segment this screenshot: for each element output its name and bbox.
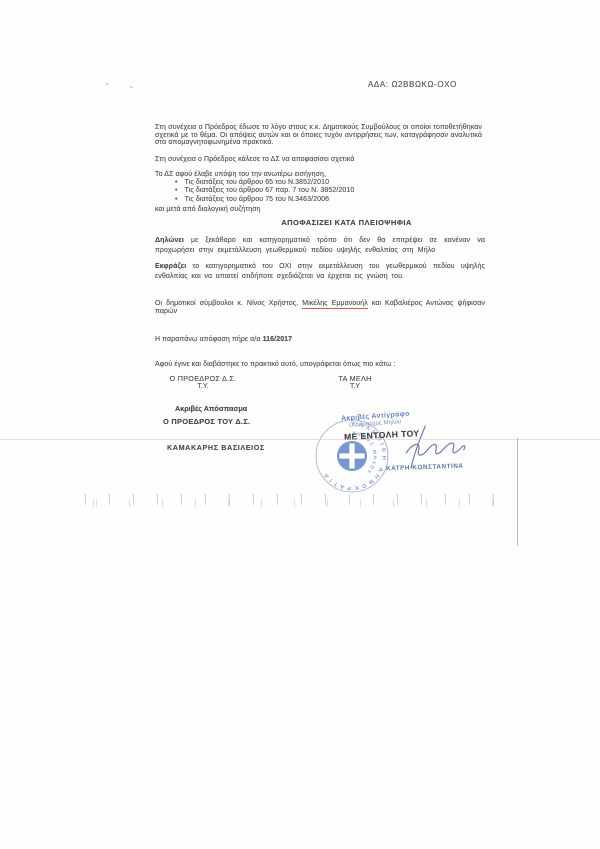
signature-right-initials: Τ.Υ xyxy=(320,383,390,390)
express-lead-word: Εκφράζει xyxy=(155,263,186,270)
president-title: Ο ΠΡΟΕΔΡΟΣ ΤΟΥ Δ.Σ. xyxy=(163,417,250,426)
decision-number-label: Η παραπάνω απόφαση πήρε α/α xyxy=(155,336,263,343)
exact-extract-heading: Ακριβές Απόσπασμα xyxy=(175,404,247,413)
scan-edge-line xyxy=(517,438,518,546)
list-item: Τις διατάξεις του άρθρου 67 παρ. 7 του Ν… xyxy=(175,187,475,195)
legal-provisions-list: Τις διατάξεις του άρθρου 65 του Ν.3852/2… xyxy=(175,179,475,204)
scan-fold-line xyxy=(0,439,600,440)
legal-provision-1: Τις διατάξεις του άρθρου 65 του Ν.3852/2… xyxy=(185,179,330,186)
after-deliberation-line: και μετά από διαλογική συζήτηση xyxy=(155,206,482,214)
councillor-name-underlined: Μικέλης Εμμανουήλ xyxy=(302,300,368,309)
decision-number-value: 116/2017 xyxy=(263,336,293,343)
signature-right-role: ΤΑ ΜΕΛΗ xyxy=(320,374,390,383)
scan-speck xyxy=(130,86,133,88)
scan-noise-strip xyxy=(85,499,517,507)
paragraph-expresses: Εκφράζει το κατηγορηματικό του ΟΧΙ στην … xyxy=(155,262,485,282)
declare-lead-word: Δηλώνει xyxy=(155,237,184,244)
paragraph-declares: Δηλώνει με ξεκάθαρο και κατηγορηματικό τ… xyxy=(155,236,485,256)
list-item: Τις διατάξεις του άρθρου 75 του Ν.3463/2… xyxy=(175,196,475,204)
councillors-text-pre: Οι δημοτικοί σύμβουλοι κ. Νίνος Χρήστος, xyxy=(155,300,302,307)
legal-provision-2: Τις διατάξεις του άρθρου 67 παρ. 7 του Ν… xyxy=(185,187,355,194)
paragraph-opening: Στη συνέχεια ο Πρόεδρος έδωσε το λόγο στ… xyxy=(155,124,482,147)
legal-provision-3: Τις διατάξεις του άρθρου 75 του Ν.3463/2… xyxy=(185,196,330,203)
paragraph-councillors-present: Οι δημοτικοί σύμβουλοι κ. Νίνος Χρήστος,… xyxy=(155,300,485,317)
signer-name: ΚΑΤΡΗ ΚΩΝΣΤΑΝΤΙΝΑ xyxy=(386,463,464,473)
closing-line: Αφού έγινε και διαβάστηκε το πρακτικό αυ… xyxy=(155,361,495,369)
decision-number-line: Η παραπάνω απόφαση πήρε α/α 116/2017 xyxy=(155,336,485,344)
scan-speck xyxy=(106,83,109,85)
declare-body-text: με ξεκάθαρο και κατηγορηματικό τρόπο ότι… xyxy=(155,237,485,254)
scanned-document-page: ΑΔΑ: Ω2ΒΒΩΚΩ-ΟΧΟ Στη συνέχεια ο Πρόεδρος… xyxy=(0,0,600,849)
ada-registry-number: ΑΔΑ: Ω2ΒΒΩΚΩ-ΟΧΟ xyxy=(368,80,457,89)
signature-left-initials: Τ.Υ. xyxy=(158,383,248,390)
express-body-text: το κατηγορηματικό του ΟΧΙ στην εκμετάλλε… xyxy=(155,263,485,280)
considering-intro: Το ΔΣ αφού έλαβε υπόψη του την ανωτέρω ε… xyxy=(155,171,482,179)
paragraph-call-to-decide: Στη συνέχεια ο Πρόεδρος κάλεσε το ΔΣ να … xyxy=(155,156,482,164)
signature-left-role: Ο ΠΡΟΕΔΡΟΣ Δ.Σ. xyxy=(158,374,248,383)
president-name: ΚΑΜΑΚΑΡΗΣ ΒΑΣΙΛΕΙΟΣ xyxy=(167,443,265,452)
decision-heading: ΑΠΟΦΑΣΙΖΕΙ ΚΑΤΑ ΠΛΕΙΟΨΗΦΙΑ xyxy=(183,218,510,227)
